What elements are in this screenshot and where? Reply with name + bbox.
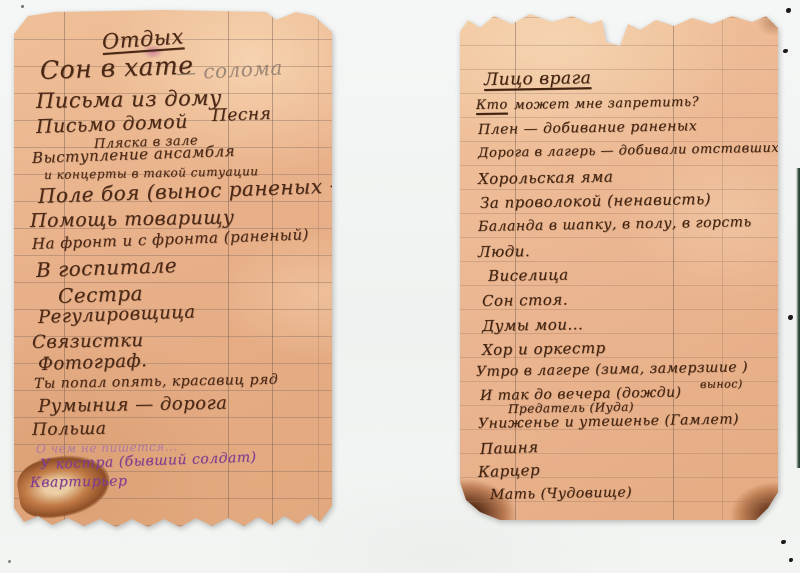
handwritten-line: Виселица (488, 266, 569, 285)
right-page-wrapper: Лицо врагаКтоможет мне запретить?Плен — … (460, 12, 778, 520)
handwritten-line: Пляска в зале (94, 133, 199, 152)
handwritten-line: Хор и оркестр (482, 339, 606, 359)
handwritten-line: может мне запретить? (514, 95, 699, 113)
handwritten-line: Хорольская яма (478, 168, 614, 188)
handwritten-line: Плен — добивание раненых (478, 118, 697, 138)
burn-stain (14, 449, 114, 523)
handwritten-line: вынос) (700, 377, 743, 391)
ruled-lines-horizontal (14, 10, 332, 528)
handwritten-line: Кто (476, 97, 508, 113)
handwritten-line: Люди. (478, 242, 530, 261)
handwritten-line: Регулировщица (38, 302, 196, 328)
handwritten-line: Лицо врага (484, 68, 592, 90)
handwritten-line: Сестра (58, 281, 144, 308)
ruled-line-vertical (515, 12, 516, 520)
handwritten-line: Помощь товарищу (30, 206, 235, 232)
left-page-wrapper: ОтдыхСон в хате— соломаПисьма из домуПес… (14, 10, 332, 528)
handwritten-line: и концерты в такой ситуации (44, 164, 259, 182)
ink-smudge (142, 44, 164, 59)
scanner-edge-strip (796, 168, 800, 468)
handwritten-line: Сон в хате (39, 51, 194, 85)
scanner-speck (789, 558, 793, 562)
handwritten-line: Утро в лагере (зима, замерзшие ) (476, 359, 748, 380)
ruled-line-vertical (318, 10, 319, 528)
scanner-speck (783, 49, 788, 53)
handwritten-line: В госпитале (36, 253, 178, 282)
handwritten-line: Предатель (Иуда) (508, 400, 634, 416)
scanner-speck (21, 5, 24, 8)
handwritten-line: Связистки (32, 330, 144, 353)
left-page-scan: ОтдыхСон в хате— соломаПисьма из домуПес… (14, 10, 332, 528)
scanner-speck (8, 560, 11, 563)
ruled-lines-horizontal (460, 12, 778, 520)
handwritten-line: Письма из дому (36, 86, 222, 113)
handwritten-line: Дорога в лагерь — добивали отставших (478, 141, 779, 161)
handwritten-line: Думы мои... (482, 315, 584, 335)
handwritten-line: На фронт и с фронта (раненый) (32, 225, 310, 253)
handwritten-line: О чем не пишется... (36, 440, 178, 456)
ruled-line-vertical (673, 12, 674, 520)
handwritten-line: Униженье и утешенье (Гамлет) (478, 411, 739, 432)
handwritten-line: Выступление ансамбля (32, 142, 236, 167)
handwritten-line: Письмо домой (36, 111, 189, 138)
handwritten-line: Баланда в шапку, в полу, в горсть (478, 214, 752, 235)
ruled-line-vertical (272, 10, 273, 528)
handwritten-line: За проволокой (ненависть) (480, 190, 711, 212)
handwritten-line: Поле боя (вынос раненых → (38, 173, 348, 208)
handwritten-line: Румыния — дорога (38, 393, 228, 417)
right-page-scan: Лицо врагаКтоможет мне запретить?Плен — … (460, 12, 778, 520)
ruled-line-vertical (64, 10, 65, 528)
handwritten-line: Пашня (480, 438, 539, 458)
handwritten-line: — солома (175, 55, 283, 85)
ruled-line-vertical (228, 10, 229, 528)
handwritten-line: Сон стоя. (482, 291, 568, 310)
handwritten-line: Фотограф. (38, 350, 148, 375)
scanned-notebook-pages: ОтдыхСон в хате— соломаПисьма из домуПес… (0, 0, 800, 573)
handwritten-line: Ты попал опять, красавиц ряд (34, 372, 278, 392)
ruled-line-vertical (722, 12, 723, 520)
handwritten-line: Карцер (478, 461, 541, 481)
scanner-speck (788, 315, 793, 320)
handwritten-line: И так до вечера (дожди) (480, 384, 682, 404)
scanner-speck (781, 540, 786, 544)
scanner-speck (786, 8, 791, 13)
handwritten-line: Песня (212, 104, 272, 126)
handwritten-line: Польша (32, 419, 107, 440)
handwritten-line: Мать (Чудовище) (490, 485, 632, 503)
